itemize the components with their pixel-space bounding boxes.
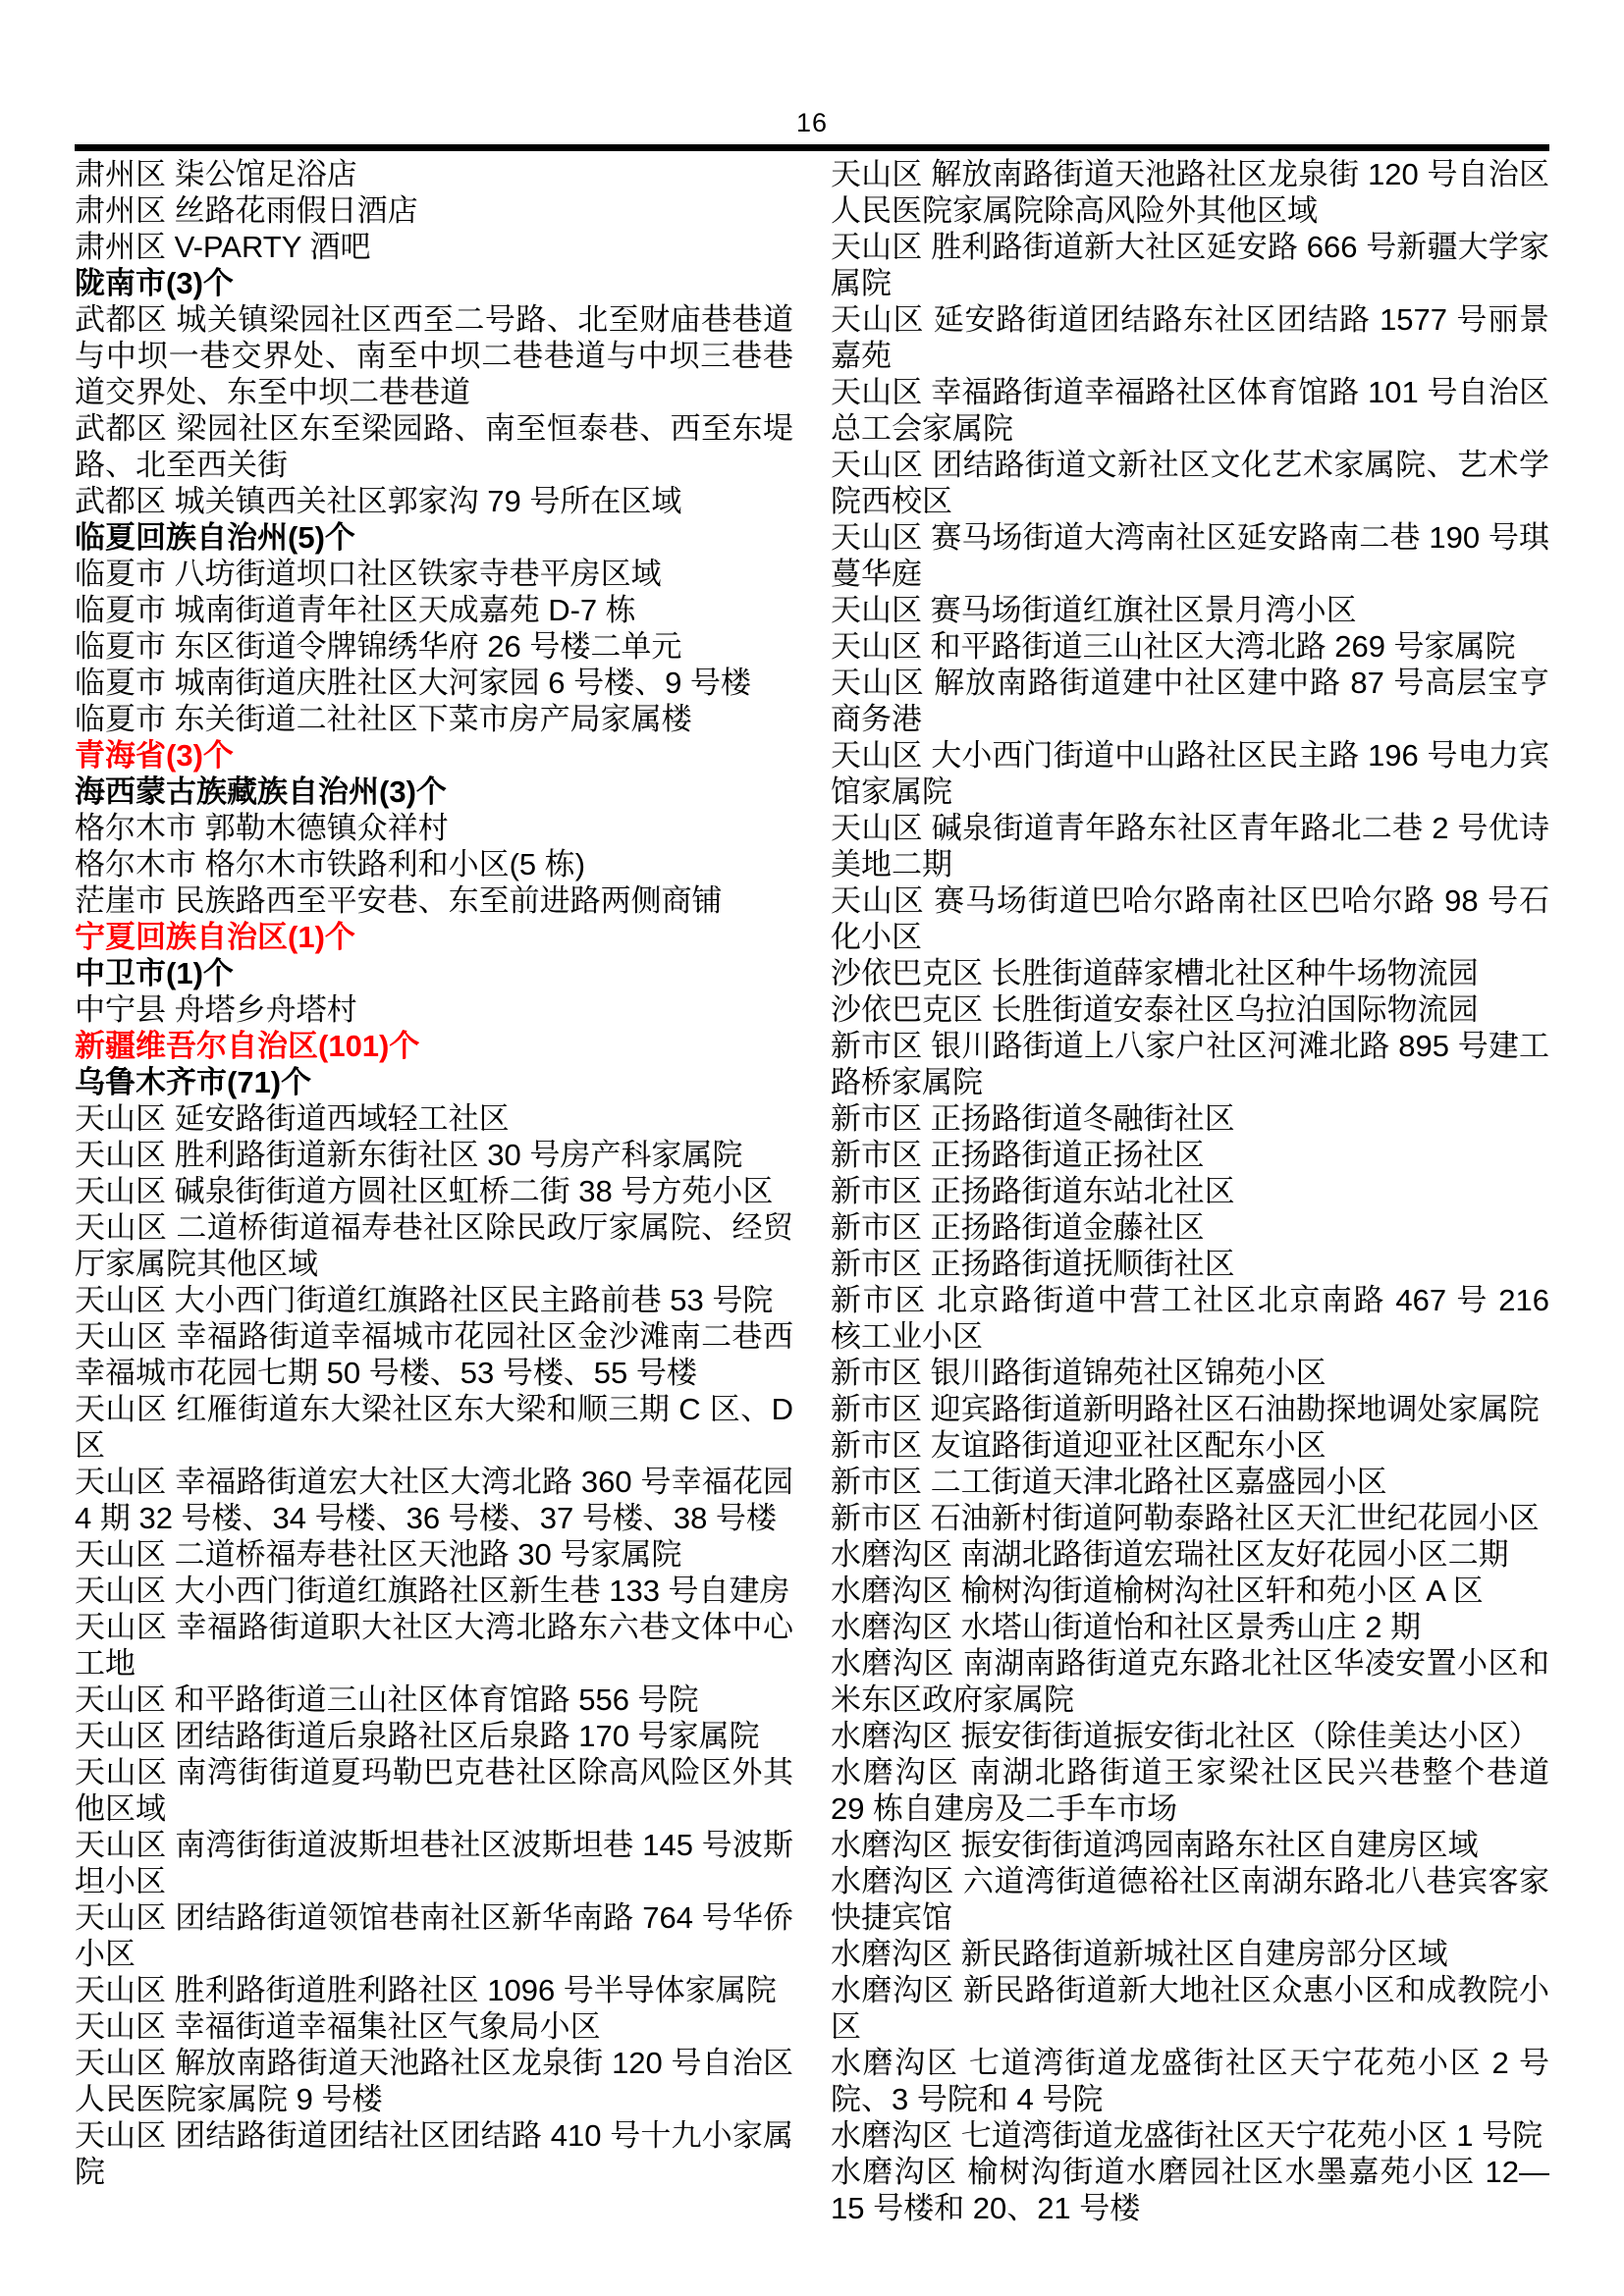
risk-area-entry: 水磨沟区 振安街街道振安街北社区（除佳美达小区）	[831, 1718, 1549, 1754]
risk-area-entry: 水磨沟区 七道湾街道龙盛街社区天宁花苑小区 1 号院	[831, 2117, 1549, 2154]
risk-area-entry: 天山区 二道桥街道福寿巷社区除民政厅家属院、经贸厅家属院其他区域	[75, 1209, 793, 1282]
risk-area-entry: 临夏市 城南街道青年社区天成嘉苑 D-7 栋	[75, 592, 793, 628]
risk-area-entry: 天山区 团结路街道文新社区文化艺术家属院、艺术学院西校区	[831, 447, 1549, 519]
column-right: 天山区 解放南路街道天池路社区龙泉街 120 号自治区人民医院家属院除高风险外其…	[831, 156, 1549, 2226]
risk-area-entry: 武都区 城关镇梁园社区西至二号路、北至财庙巷巷道与中坝一巷交界处、南至中坝二巷巷…	[75, 301, 793, 410]
risk-area-entry: 中宁县 舟塔乡舟塔村	[75, 991, 793, 1028]
risk-area-entry: 肃州区 柒公馆足浴店	[75, 156, 793, 192]
risk-area-entry: 新市区 石油新村街道阿勒泰路社区天汇世纪花园小区	[831, 1500, 1549, 1536]
risk-area-entry: 天山区 团结路街道领馆巷南社区新华南路 764 号华侨小区	[75, 1899, 793, 1972]
risk-area-entry: 沙依巴克区 长胜街道安泰社区乌拉泊国际物流园	[831, 991, 1549, 1028]
header-rule	[75, 144, 1549, 151]
province-heading: 宁夏回族自治区(1)个	[75, 919, 793, 955]
page-number: 16	[75, 0, 1549, 136]
risk-area-entry: 临夏市 城南街道庆胜社区大河家园 6 号楼、9 号楼	[75, 665, 793, 701]
risk-area-entry: 格尔木市 郭勒木德镇众祥村	[75, 810, 793, 846]
risk-area-entry: 武都区 城关镇西关社区郭家沟 79 号所在区域	[75, 483, 793, 519]
risk-area-entry: 水磨沟区 新民路街道新大地社区众惠小区和成教院小区	[831, 1972, 1549, 2045]
risk-area-entry: 肃州区 丝路花雨假日酒店	[75, 192, 793, 229]
risk-area-entry: 肃州区 V-PARTY 酒吧	[75, 229, 793, 265]
risk-area-entry: 天山区 团结路街道后泉路社区后泉路 170 号家属院	[75, 1718, 793, 1754]
risk-area-entry: 新市区 北京路街道中营工社区北京南路 467 号 216 核工业小区	[831, 1282, 1549, 1355]
risk-area-entry: 天山区 赛马场街道巴哈尔路南社区巴哈尔路 98 号石化小区	[831, 882, 1549, 955]
risk-area-entry: 水磨沟区 新民路街道新城社区自建房部分区域	[831, 1936, 1549, 1972]
risk-area-entry: 临夏市 东关街道二社社区下菜市房产局家属楼	[75, 701, 793, 737]
city-heading: 中卫市(1)个	[75, 955, 793, 991]
risk-area-entry: 天山区 二道桥福寿巷社区天池路 30 号家属院	[75, 1536, 793, 1573]
risk-area-entry: 水磨沟区 榆树沟街道榆树沟社区轩和苑小区 A 区	[831, 1573, 1549, 1609]
risk-area-entry: 天山区 大小西门街道红旗路社区新生巷 133 号自建房	[75, 1573, 793, 1609]
risk-area-entry: 新市区 正扬路街道正扬社区	[831, 1137, 1549, 1173]
risk-area-entry: 天山区 和平路街道三山社区大湾北路 269 号家属院	[831, 628, 1549, 665]
risk-area-entry: 天山区 赛马场街道大湾南社区延安路南二巷 190 号琪蔓华庭	[831, 519, 1549, 592]
risk-area-entry: 水磨沟区 南湖南路街道克东路北社区华凌安置小区和米东区政府家属院	[831, 1645, 1549, 1718]
risk-area-entry: 水磨沟区 南湖北路街道王家梁社区民兴巷整个巷道 29 栋自建房及二手车市场	[831, 1754, 1549, 1827]
risk-area-entry: 临夏市 东区街道令牌锦绣华府 26 号楼二单元	[75, 628, 793, 665]
risk-area-entry: 天山区 团结路街道团结社区团结路 410 号十九小家属院	[75, 2117, 793, 2190]
risk-area-entry: 新市区 银川路街道上八家户社区河滩北路 895 号建工路桥家属院	[831, 1028, 1549, 1100]
province-heading: 青海省(3)个	[75, 737, 793, 774]
risk-area-entry: 水磨沟区 水塔山街道怡和社区景秀山庄 2 期	[831, 1609, 1549, 1645]
risk-area-entry: 新市区 正扬路街道金藤社区	[831, 1209, 1549, 1246]
risk-area-entry: 新市区 正扬路街道东站北社区	[831, 1173, 1549, 1209]
risk-area-entry: 茫崖市 民族路西至平安巷、东至前进路两侧商铺	[75, 882, 793, 919]
risk-area-entry: 天山区 碱泉街街道方圆社区虹桥二街 38 号方苑小区	[75, 1173, 793, 1209]
risk-area-entry: 天山区 红雁街道东大梁社区东大梁和顺三期 C 区、D 区	[75, 1391, 793, 1464]
risk-area-entry: 天山区 延安路街道团结路东社区团结路 1577 号丽景嘉苑	[831, 301, 1549, 374]
risk-area-entry: 天山区 赛马场街道红旗社区景月湾小区	[831, 592, 1549, 628]
risk-area-entry: 水磨沟区 榆树沟街道水磨园社区水墨嘉苑小区 12—15 号楼和 20、21 号楼	[831, 2154, 1549, 2226]
risk-area-entry: 武都区 梁园社区东至梁园路、南至恒泰巷、西至东堤路、北至西关街	[75, 410, 793, 483]
risk-area-entry: 沙依巴克区 长胜街道薛家槽北社区种牛场物流园	[831, 955, 1549, 991]
risk-area-entry: 天山区 幸福路街道宏大社区大湾北路 360 号幸福花园 4 期 32 号楼、34…	[75, 1464, 793, 1536]
city-heading: 乌鲁木齐市(71)个	[75, 1064, 793, 1100]
city-heading: 陇南市(3)个	[75, 265, 793, 301]
risk-area-entry: 天山区 幸福路街道幸福城市花园社区金沙滩南二巷西幸福城市花园七期 50 号楼、5…	[75, 1318, 793, 1391]
risk-area-entry: 天山区 和平路街道三山社区体育馆路 556 号院	[75, 1682, 793, 1718]
risk-area-entry: 天山区 胜利路街道新大社区延安路 666 号新疆大学家属院	[831, 229, 1549, 301]
risk-area-entry: 格尔木市 格尔木市铁路利和小区(5 栋)	[75, 846, 793, 882]
risk-area-entry: 水磨沟区 七道湾街道龙盛街社区天宁花苑小区 2 号院、3 号院和 4 号院	[831, 2045, 1549, 2117]
risk-area-entry: 天山区 胜利路街道新东街社区 30 号房产科家属院	[75, 1137, 793, 1173]
risk-area-entry: 天山区 南湾街街道夏玛勒巴克巷社区除高风险区外其他区域	[75, 1754, 793, 1827]
risk-area-entry: 天山区 幸福路街道职大社区大湾北路东六巷文体中心工地	[75, 1609, 793, 1682]
city-heading: 海西蒙古族藏族自治州(3)个	[75, 774, 793, 810]
risk-area-entry: 水磨沟区 振安街街道鸿园南路东社区自建房区域	[831, 1827, 1549, 1863]
risk-area-entry: 天山区 大小西门街道中山路社区民主路 196 号电力宾馆家属院	[831, 737, 1549, 810]
risk-area-entry: 天山区 解放南路街道天池路社区龙泉街 120 号自治区人民医院家属院 9 号楼	[75, 2045, 793, 2117]
risk-area-entry: 天山区 解放南路街道天池路社区龙泉街 120 号自治区人民医院家属院除高风险外其…	[831, 156, 1549, 229]
city-heading: 临夏回族自治州(5)个	[75, 519, 793, 556]
risk-area-entry: 天山区 解放南路街道建中社区建中路 87 号高层宝亨商务港	[831, 665, 1549, 737]
risk-area-entry: 新市区 银川路街道锦苑社区锦苑小区	[831, 1355, 1549, 1391]
province-heading: 新疆维吾尔自治区(101)个	[75, 1028, 793, 1064]
risk-area-entry: 新市区 二工街道天津北路社区嘉盛园小区	[831, 1464, 1549, 1500]
risk-area-entry: 天山区 延安路街道西域轻工社区	[75, 1100, 793, 1137]
column-left: 肃州区 柒公馆足浴店肃州区 丝路花雨假日酒店肃州区 V-PARTY 酒吧陇南市(…	[75, 156, 793, 2226]
risk-area-entry: 水磨沟区 南湖北路街道宏瑞社区友好花园小区二期	[831, 1536, 1549, 1573]
risk-area-entry: 天山区 南湾街街道波斯坦巷社区波斯坦巷 145 号波斯坦小区	[75, 1827, 793, 1899]
risk-area-entry: 天山区 幸福街道幸福集社区气象局小区	[75, 2008, 793, 2045]
risk-area-entry: 新市区 迎宾路街道新明路社区石油勘探地调处家属院	[831, 1391, 1549, 1427]
risk-area-entry: 水磨沟区 六道湾街道德裕社区南湖东路北八巷宾客家快捷宾馆	[831, 1863, 1549, 1936]
risk-area-entry: 新市区 正扬路街道冬融街社区	[831, 1100, 1549, 1137]
risk-area-entry: 天山区 大小西门街道红旗路社区民主路前巷 53 号院	[75, 1282, 793, 1318]
two-column-layout: 肃州区 柒公馆足浴店肃州区 丝路花雨假日酒店肃州区 V-PARTY 酒吧陇南市(…	[75, 156, 1549, 2226]
document-page: 16 肃州区 柒公馆足浴店肃州区 丝路花雨假日酒店肃州区 V-PARTY 酒吧陇…	[0, 0, 1624, 2296]
risk-area-entry: 新市区 友谊路街道迎亚社区配东小区	[831, 1427, 1549, 1464]
risk-area-entry: 临夏市 八坊街道坝口社区铁家寺巷平房区域	[75, 556, 793, 592]
risk-area-entry: 新市区 正扬路街道抚顺街社区	[831, 1246, 1549, 1282]
risk-area-entry: 天山区 胜利路街道胜利路社区 1096 号半导体家属院	[75, 1972, 793, 2008]
risk-area-entry: 天山区 碱泉街道青年路东社区青年路北二巷 2 号优诗美地二期	[831, 810, 1549, 882]
risk-area-entry: 天山区 幸福路街道幸福路社区体育馆路 101 号自治区总工会家属院	[831, 374, 1549, 447]
